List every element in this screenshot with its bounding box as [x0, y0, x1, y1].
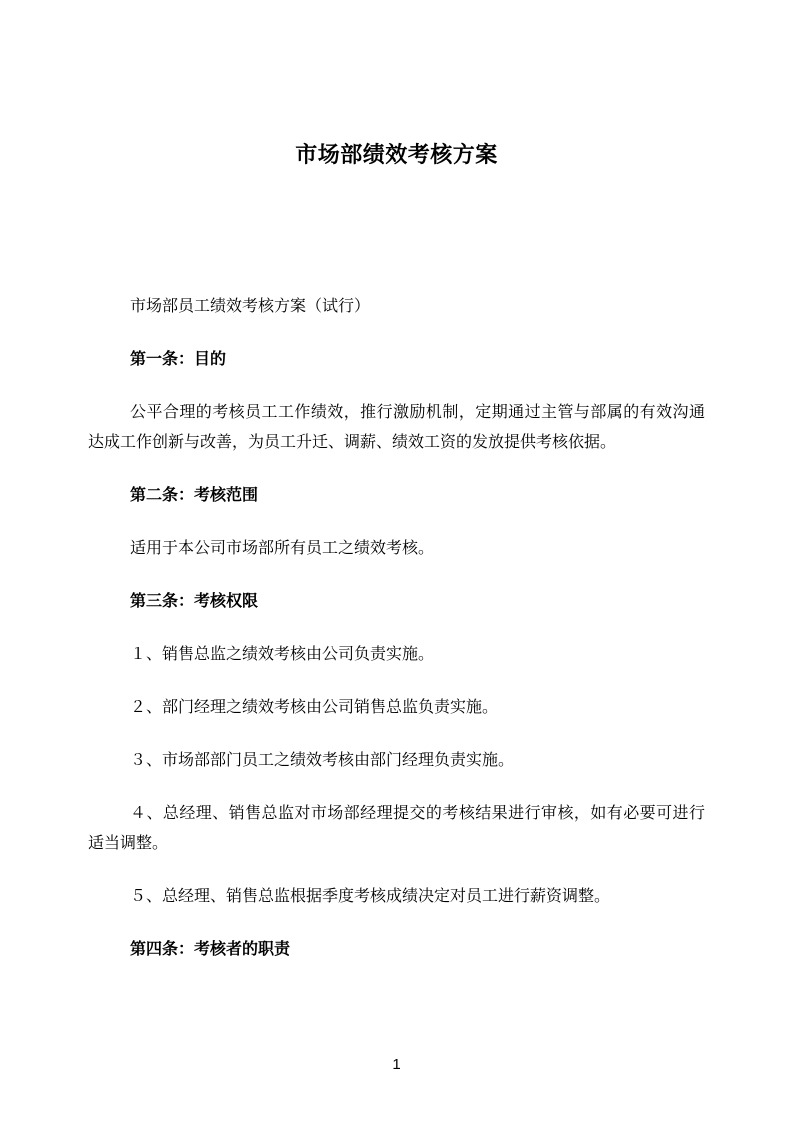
list-item-3: ３、市场部部门员工之绩效考核由部门经理负责实施。: [88, 746, 705, 776]
document-content: 市场部绩效考核方案 市场部员工绩效考核方案（试行） 第一条：目的 公平合理的考核…: [0, 0, 793, 965]
doc-subtitle: 市场部员工绩效考核方案（试行）: [88, 292, 705, 322]
document-page: 市场部绩效考核方案 市场部员工绩效考核方案（试行） 第一条：目的 公平合理的考核…: [0, 0, 793, 1122]
body-paragraph-purpose: 公平合理的考核员工工作绩效，推行激励机制，定期通过主管与部属的有效沟通达成工作创…: [88, 398, 705, 458]
body-paragraph-scope: 适用于本公司市场部所有员工之绩效考核。: [88, 534, 705, 564]
heading-article-1: 第一条：目的: [88, 345, 705, 375]
list-item-1: １、销售总监之绩效考核由公司负责实施。: [88, 640, 705, 670]
heading-article-2: 第二条：考核范围: [88, 481, 705, 511]
list-item-4: ４、总经理、销售总监对市场部经理提交的考核结果进行审核，如有必要可进行适当调整。: [88, 799, 705, 859]
heading-article-3: 第三条：考核权限: [88, 587, 705, 617]
list-item-5: ５、总经理、销售总监根据季度考核成绩决定对员工进行薪资调整。: [88, 882, 705, 912]
page-number: 1: [0, 1056, 793, 1074]
heading-article-4: 第四条：考核者的职责: [88, 935, 705, 965]
list-item-2: ２、部门经理之绩效考核由公司销售总监负责实施。: [88, 693, 705, 723]
document-title: 市场部绩效考核方案: [88, 138, 705, 172]
